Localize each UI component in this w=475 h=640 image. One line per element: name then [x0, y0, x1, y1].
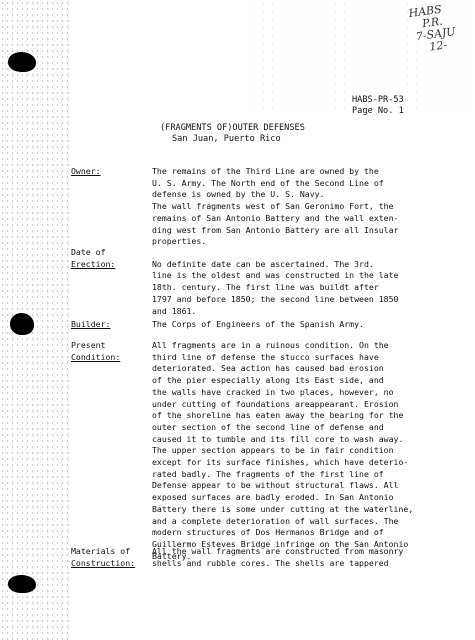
label-line: Materials of — [71, 546, 151, 558]
text-line: of the pier especially along its East si… — [152, 375, 472, 387]
document-subtitle: San Juan, Puerto Rico — [172, 134, 281, 145]
label-line: Erection: — [71, 259, 115, 269]
text-line: outer section of the second line of defe… — [152, 422, 472, 434]
document-title: (FRAGMENTS OF)OUTER DEFENSES — [160, 123, 305, 134]
text-line: defense is owned by the U. S. Navy. — [152, 189, 472, 201]
text-line: rated badly. The fragments of the first … — [152, 469, 472, 481]
text-line: U. S. Army. The North end of the Second … — [152, 178, 472, 190]
text-line: the walls have cracked in two places, ho… — [152, 387, 472, 399]
page-number: Page No. 1 — [352, 106, 404, 117]
text-line: modern structures of Dos Hermanos Bridge… — [152, 527, 472, 539]
text-line: caused it to tumble and its fill core to… — [152, 434, 472, 446]
text-line: remains of San Antonio Battery and the w… — [152, 213, 472, 225]
section-body: All fragments are in a ruinous condition… — [152, 340, 472, 562]
habs-code: HABS-PR-53 — [352, 95, 404, 106]
label-line: Builder: — [71, 319, 110, 329]
section-body: All the wall fragments are constructed f… — [152, 546, 472, 569]
text-line: shells and rubble cores. The shells are … — [152, 558, 472, 570]
handwritten-note: HABS P.R. 7-SAJU 12- — [402, 0, 475, 57]
text-line: No definite date can be ascertained. The… — [152, 259, 472, 271]
section-body: The remains of the Third Line are owned … — [152, 166, 472, 248]
binder-hole-middle — [10, 313, 34, 335]
section-label: Materials of Construction: — [71, 546, 151, 569]
text-line: properties. — [152, 236, 472, 248]
label-line: Condition: — [71, 352, 120, 362]
label-line: Date of — [71, 247, 151, 259]
section-label: Date of Erection: — [71, 247, 151, 270]
label-line: Owner: — [71, 166, 101, 176]
text-line: The wall fragments west of San Geronimo … — [152, 201, 472, 213]
section-label: Present Condition: — [71, 340, 151, 363]
text-line: ding west from San Antonio Battery are a… — [152, 225, 472, 237]
section-body: No definite date can be ascertained. The… — [152, 259, 472, 318]
section-label: Builder: — [71, 319, 151, 331]
text-line: deteriorated. Sea action has caused bad … — [152, 363, 472, 375]
text-line: and a complete deterioration of wall sur… — [152, 516, 472, 528]
page-identifier: HABS-PR-53 Page No. 1 — [352, 95, 404, 116]
label-line: Present — [71, 340, 151, 352]
text-line: and 1861. — [152, 306, 472, 318]
text-line: 18th. century. The first line was buildt… — [152, 282, 472, 294]
section-label: Owner: — [71, 166, 151, 178]
text-line: of the shoreline has eaten away the bear… — [152, 410, 472, 422]
label-line: Construction: — [71, 558, 135, 568]
binder-hole-bottom — [8, 575, 36, 593]
text-line: All fragments are in a ruinous condition… — [152, 340, 472, 352]
binder-hole-top — [8, 52, 36, 72]
text-line: All the wall fragments are constructed f… — [152, 546, 472, 558]
text-line: except for its surface finishes, which h… — [152, 457, 472, 469]
text-line: 1797 and before 1850; the second line be… — [152, 294, 472, 306]
text-line: Battery there is some under cutting at t… — [152, 504, 472, 516]
text-line: exposed surfaces are badly eroded. In Sa… — [152, 492, 472, 504]
text-line: under cutting of foundations areappearan… — [152, 399, 472, 411]
text-line: The remains of the Third Line are owned … — [152, 166, 472, 178]
text-line: The upper section appears to be in fair … — [152, 445, 472, 457]
section-body: The Corps of Engineers of the Spanish Ar… — [152, 319, 472, 331]
text-line: third line of defense the stucco surface… — [152, 352, 472, 364]
text-line: The Corps of Engineers of the Spanish Ar… — [152, 319, 472, 331]
text-line: Defense appear to be without structural … — [152, 480, 472, 492]
text-line: line is the oldest and was constructed i… — [152, 270, 472, 282]
